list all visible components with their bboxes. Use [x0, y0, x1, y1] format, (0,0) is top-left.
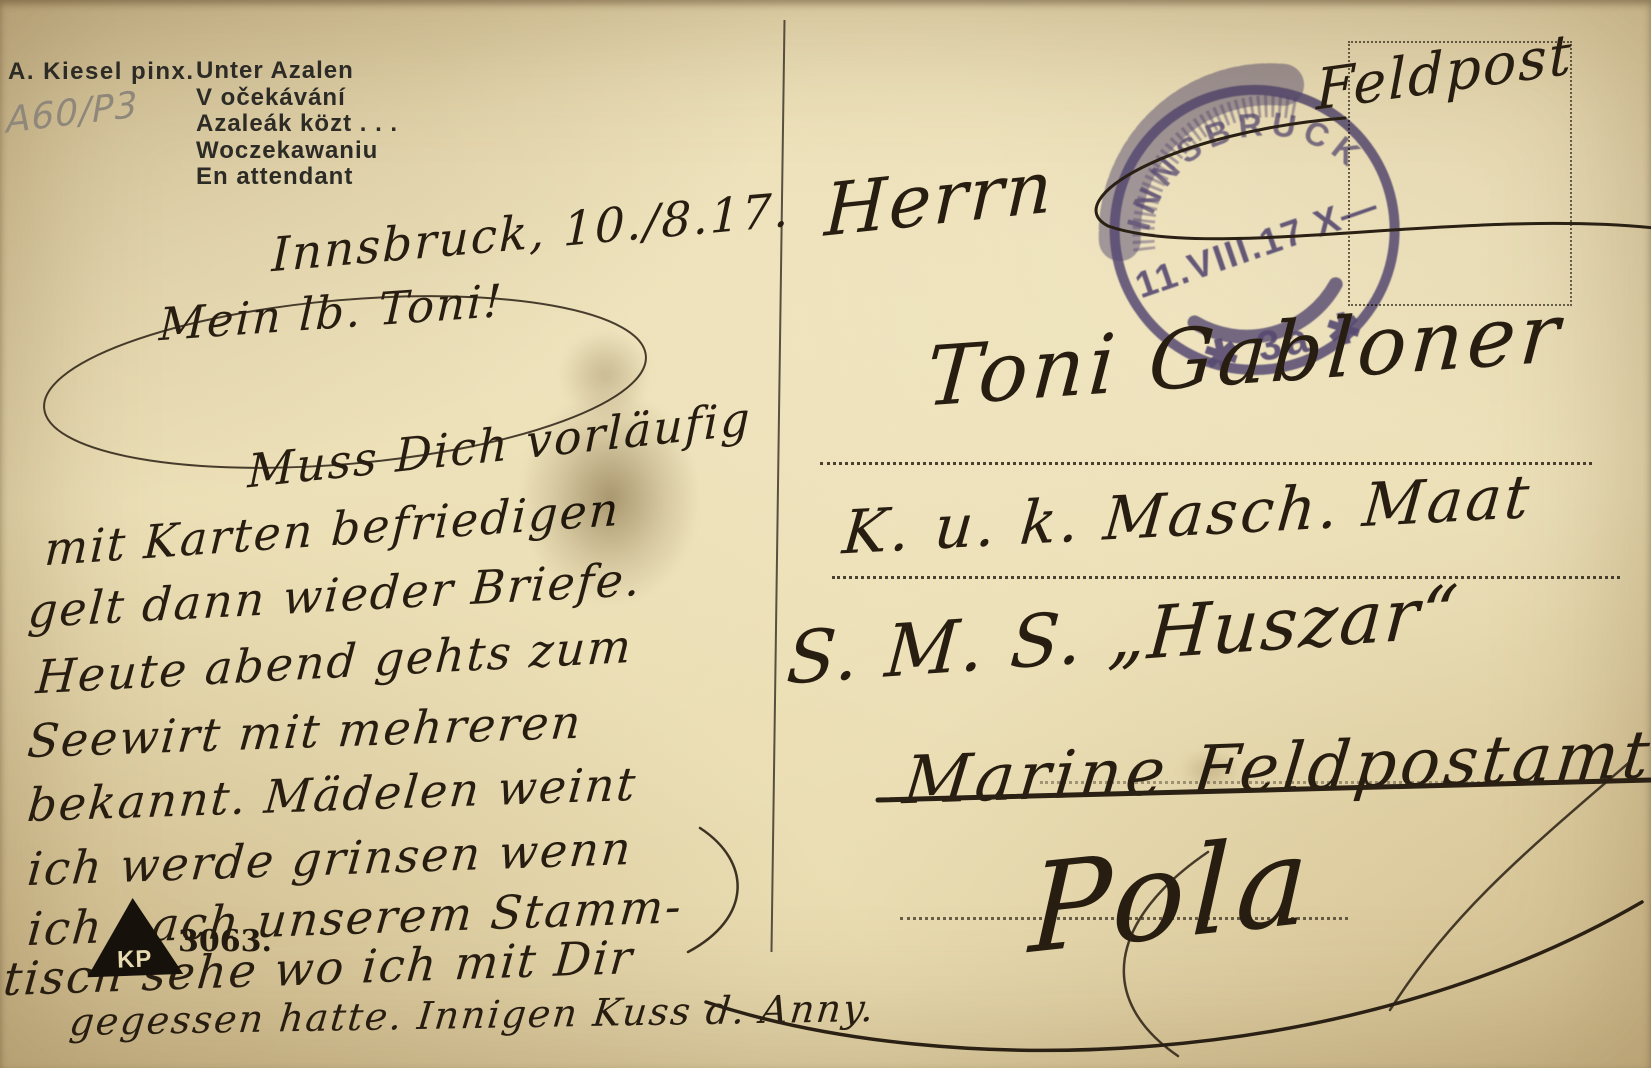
postcard-scan: A. Kiesel pinx. Unter Azalen V očekávání… — [0, 0, 1651, 1068]
message-line: Seewirt mit mehreren — [25, 695, 585, 769]
message-line: bekannt. Mädelen weint — [25, 757, 639, 832]
caption-title: Azaleák közt . . . — [196, 111, 398, 138]
publisher-number: 3063. — [178, 924, 272, 959]
address-honorific: Herrn — [823, 144, 1055, 253]
address-ship: S. M. S. „Huszar“ — [784, 569, 1462, 701]
address-rank: K. u. k. Masch. Maat — [840, 462, 1535, 569]
flourish-parenthesis — [688, 828, 738, 952]
message-salutation: Mein lb. Toni! — [158, 274, 504, 351]
divider-line — [770, 20, 785, 952]
caption-title: Woczekawaniu — [196, 138, 398, 165]
address-place: Pola — [1027, 808, 1317, 981]
address-crossed-out: Marine Feldpostamt — [900, 716, 1651, 819]
message-dateline: Innsbruck, 10./8.17. — [271, 183, 791, 284]
message-line: Muss Dich vorläufig — [247, 391, 752, 498]
caption-title: En attendant — [196, 164, 398, 191]
postmark-date: 11.VIII.17 X— — [1130, 185, 1384, 307]
address-ruling-line — [832, 576, 1620, 579]
